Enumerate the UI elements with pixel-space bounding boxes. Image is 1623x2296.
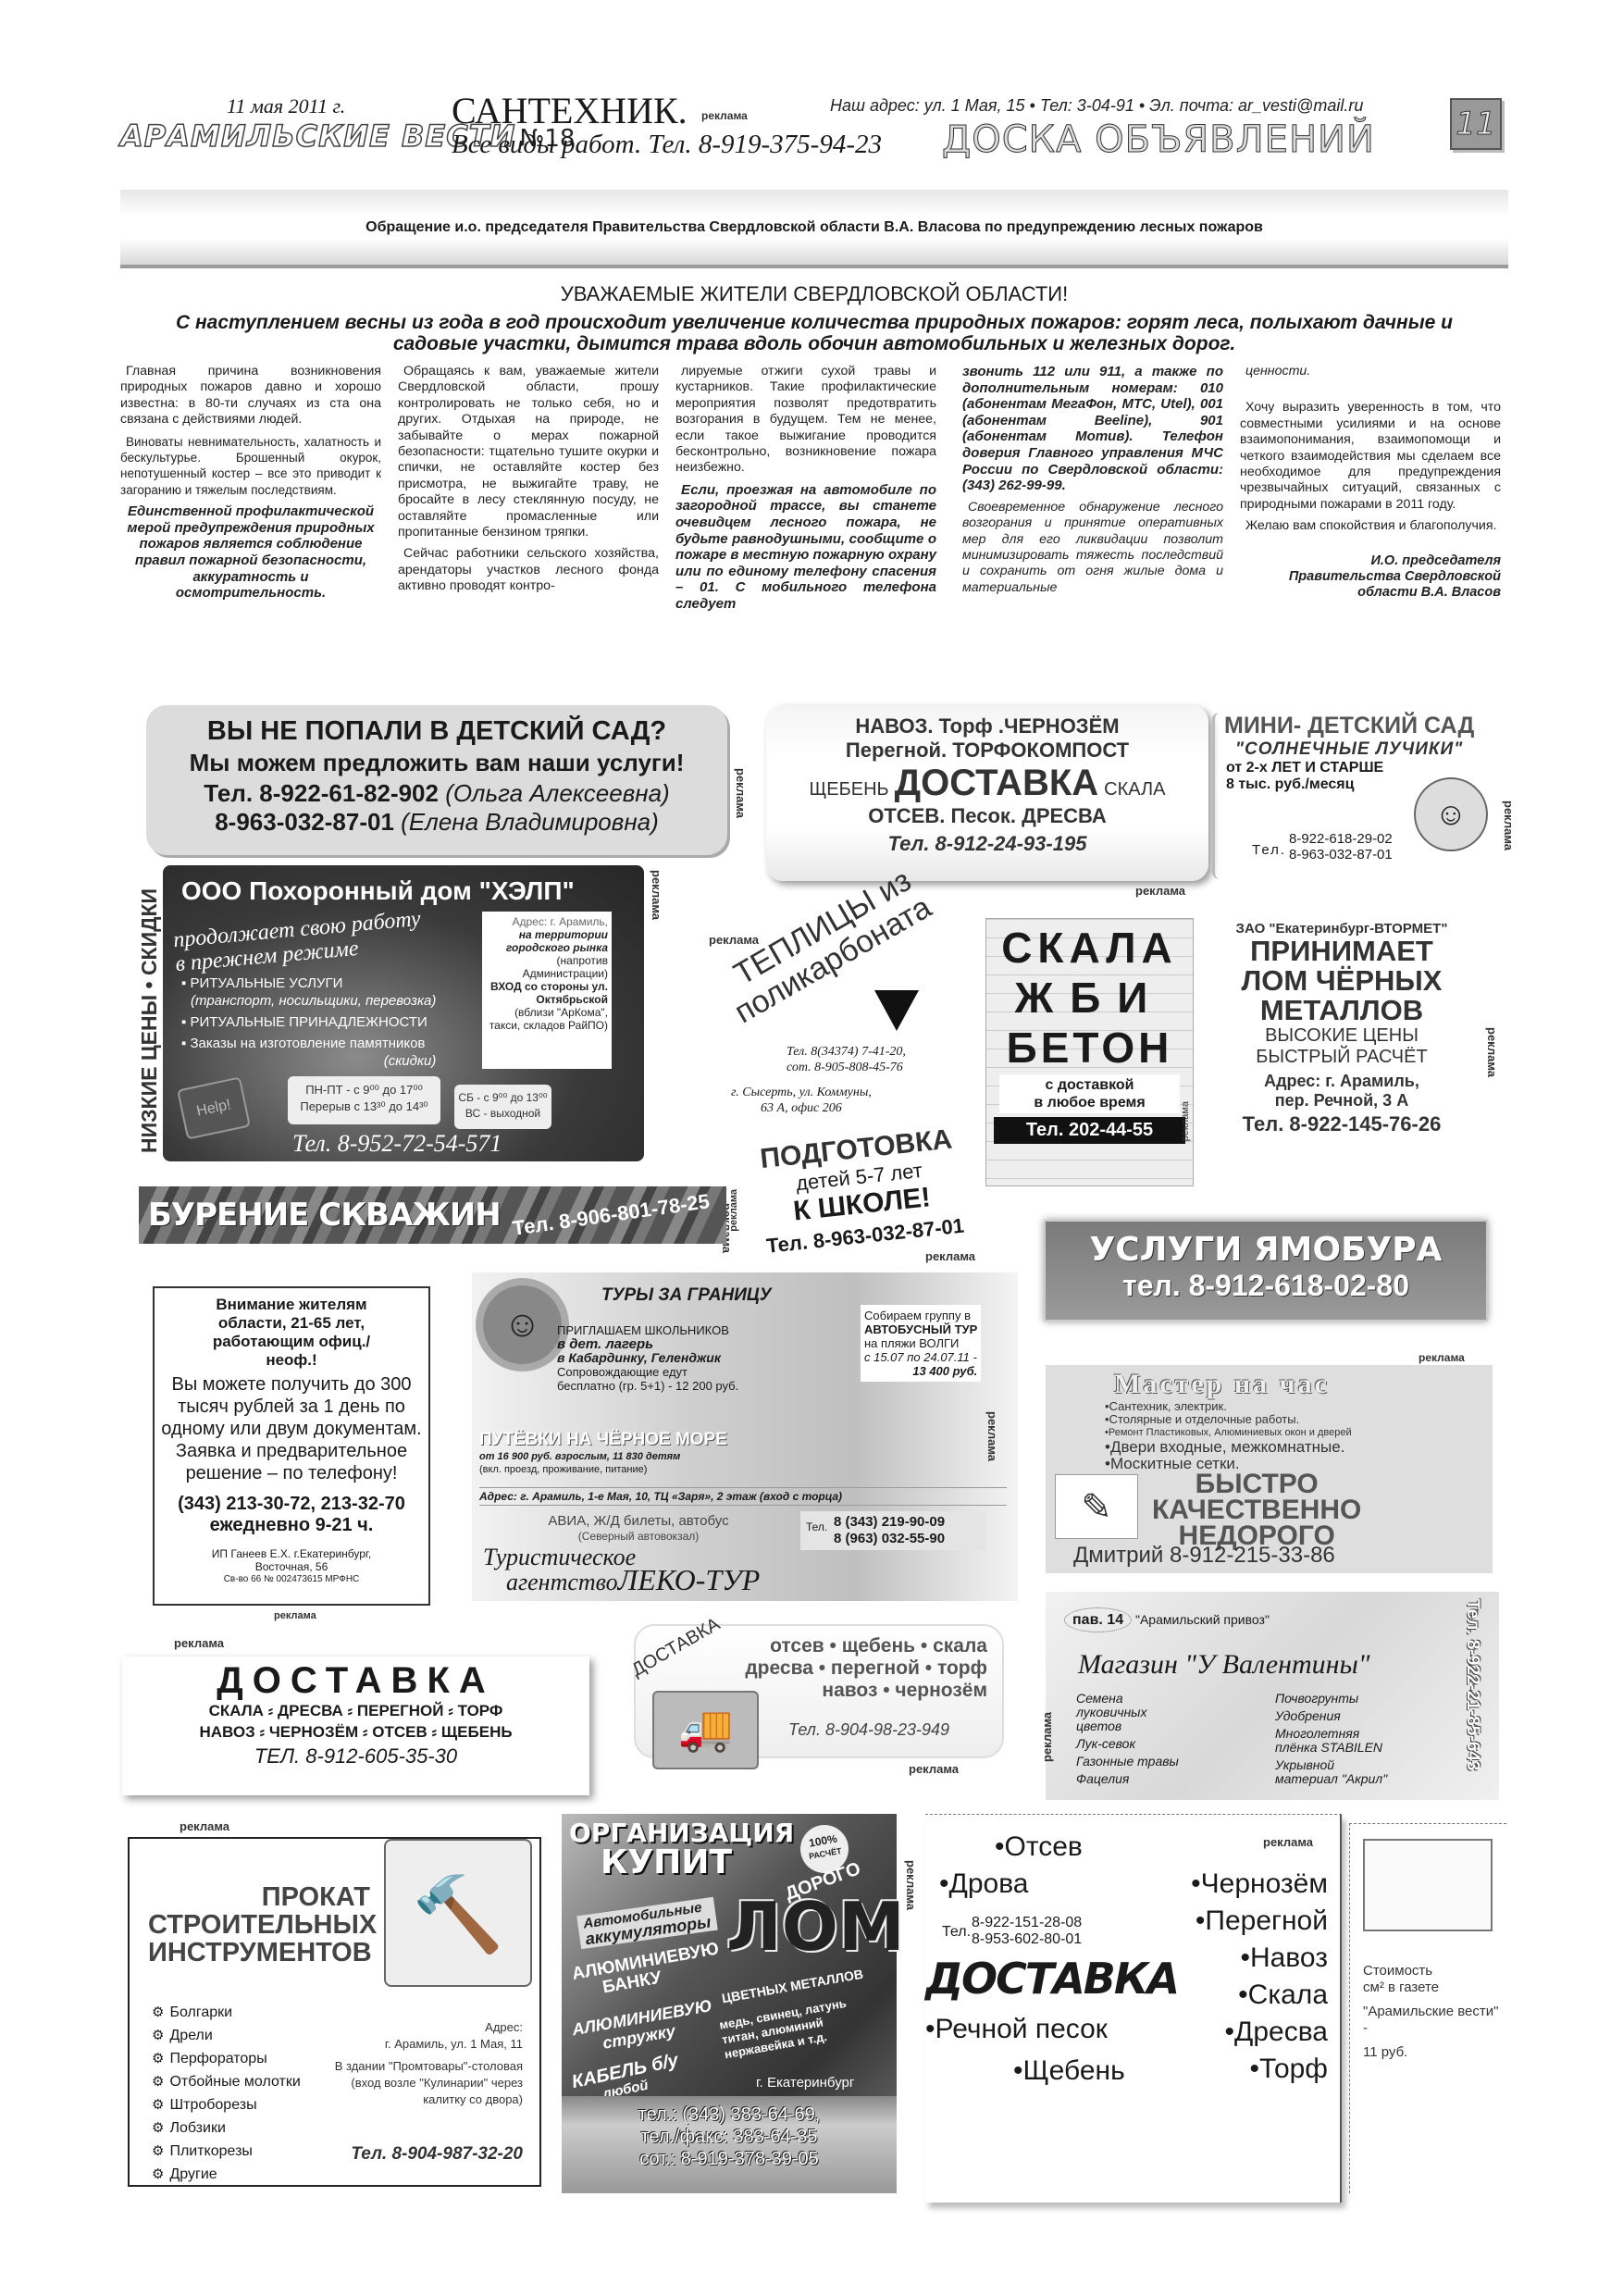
tools-item: ⚙Перфораторы [152,2047,301,2070]
delivery3-phones: Тел. 8-922-151-28-08 8-953-602-80-01 [942,1915,1082,1948]
pricing-line-1: Стоимость [1363,1963,1502,1980]
mini-kg-tel-label: Тел. [1252,842,1286,858]
delivery2-list: отсев • щебень • скала дресва • перегной… [745,1635,987,1702]
tools-phone: Тел. 8-904-987-32-20 [351,2144,523,2165]
funeral-side-text: НИЗКИЕ ЦЕНЫ • СКИДКИ [137,875,162,1166]
travel-bus-1: Собираем группу в [864,1309,977,1322]
funeral-item-3: ▪ Заказы на изготовление памятников [181,1035,436,1052]
manure-phone: Тел. 8-912-24-93-195 [766,832,1208,856]
tools-item-label: Плиткорезы [169,2143,252,2159]
tools-item-label: Болгарки [169,2004,232,2020]
funeral-hours-3: СБ - с 9⁰⁰ до 13⁰⁰ [454,1090,551,1106]
handyman-item-2: •Столярные и отделочные работы. [1105,1413,1480,1426]
ad-greenhouse: ТЕПЛИЦЫ из поликарбоната Тел. 8(34374) 7… [703,925,981,1138]
gear-icon: ⚙ [152,2074,164,2090]
delivery2-line-2: дресва • перегной • торф [745,1657,987,1680]
kg-line1: ВЫ НЕ ПОПАЛИ В ДЕТСКИЙ САД? [155,716,718,747]
travel-agency-name: ЛЕКО-ТУР [618,1563,761,1596]
pricing-line-4: 11 руб. [1363,2044,1502,2061]
gear-icon: ⚙ [152,2051,164,2066]
col4-p2: Своевременное обнаружение лесного возгор… [962,500,1223,596]
travel-tickets: АВИА, Ж/Д билеты, автобус (Северный авто… [500,1513,777,1545]
travel-camp: ПРИГЛАШАЕМ ШКОЛЬНИКОВ в дет. лагерь в Ка… [557,1323,738,1393]
travel-bus-3: на пляжи ВОЛГИ [864,1336,977,1350]
delivery2-line-3: навоз • чернозём [745,1680,987,1702]
scrap-can: АЛЮМИНИЕВУЮ БАНКУ [571,1940,724,2002]
col1-p2: Виноваты невнимательность, халатность и … [120,434,381,499]
col2-p1: Обращаясь к вам, уважаемые жители Свердл… [398,364,659,540]
gear-icon: ⚙ [152,2097,164,2113]
concrete-w2: ЖБИ [986,973,1193,1023]
tools-item-label: Отбойные молотки [169,2074,300,2090]
concrete-phone: Тел. 202-44-55 [994,1117,1185,1144]
ad-manure-delivery: НАВОЗ. Торф .ЧЕРНОЗЁМ Перегной. ТОРФОКОМ… [766,705,1208,881]
ad-delivery-2: ДОСТАВКА отсев • щебень • скала дресва •… [634,1624,1004,1758]
section-title: ДОСКА ОБЪЯВЛЕНИЙ [942,118,1375,161]
handyman-item-1: •Сантехник, электрик. [1105,1400,1480,1413]
delivery3-item: •Чернозём [1129,1866,1328,1903]
valentina-pavilion: пав. 14 "Арамильский привоз" [1064,1612,1270,1629]
valentina-right-2: Многолетняя плёнка STABILEN [1258,1727,1388,1755]
mini-kg-title: МИНИ- ДЕТСКИЙ САД [1224,713,1518,739]
travel-address: Адрес: г. Арамиль, 1-е Мая, 10, ТЦ «Заря… [479,1487,1007,1506]
gear-icon: ⚙ [152,2120,164,2136]
travel-tickets-2: (Северный автовокзал) [500,1529,777,1545]
ad-vtormet: ЗАО "Екатеринбург-ВТОРМЕТ" ПРИНИМАЕТ ЛОМ… [1203,921,1481,1136]
loan-legal-2: Восточная, 56 [160,1560,423,1573]
handyman-icon: ✎ [1055,1474,1138,1539]
valentina-left-0: Семена луковичных цветов [1059,1692,1161,1733]
delivery3-sand: •Речной песок [925,2014,1108,2045]
ad-concrete: СКАЛА ЖБИ БЕТОН с доставкой в любое врем… [985,918,1194,1186]
delivery3-tel-label: Тел. [942,1924,971,1941]
mini-kg-phone-1: 8-922-618-29-02 [1289,831,1393,847]
ad-delivery-1: ДОСТАВКА СКАЛА ⸗ ДРЕСВА ⸗ ПЕРЕГНОЙ ⸗ ТОР… [122,1657,589,1795]
scrap-phone-1: тел.: (343) 383-64-69, [562,2104,897,2126]
worker-illustration-icon: 🔨 [384,1839,532,1987]
tools-item-label: Лобзики [169,2120,225,2136]
loan-legal-1: ИП Ганеев Е.Х. г.Екатеринбург, [160,1547,423,1560]
delivery2-slant: ДОСТАВКА [628,1614,724,1682]
delivery3-item: •Дресва [1129,2014,1328,2051]
signature-line-3: области В.А. Власов [1240,585,1501,601]
kg-contact-1: Тел. 8-922-61-82-902 (Ольга Алексеевна) [155,779,718,808]
tools-title-3: ИНСТРУМЕНТОВ [148,1939,370,1967]
greenhouse-phone-1: Тел. 8(34374) 7-41-20, [787,1044,906,1060]
tools-item-label: Другие [169,2166,217,2182]
ad-label: реклама [1485,1027,1499,1077]
ad-label: реклама [1263,1835,1313,1849]
scrap-l2: КУПИТ [601,1843,732,1881]
truck-icon: 🚚 [652,1691,759,1769]
ad-label: реклама [1040,1712,1054,1762]
col3-p2: Если, проезжая на автомобиле по загородн… [675,482,936,613]
ad-tools: ПРОКАТ СТРОИТЕЛЬНЫХ ИНСТРУМЕНТОВ 🔨 ⚙Болг… [128,1837,541,2187]
travel-phones: Тел. 8 (343) 219-90-09 8 (963) 032-55-90 [800,1511,985,1550]
vtormet-phone: Тел. 8-922-145-76-26 [1203,1112,1481,1136]
tools-item: ⚙Другие [152,2163,301,2186]
ad-delivery-3: реклама •Отсев •Дрова Тел. 8-922-151-28-… [925,1814,1342,2203]
delivery3-item: •Навоз [1129,1940,1328,1977]
delivery2-line-1: отсев • щебень • скала [745,1635,987,1657]
ad-kindergarten: ВЫ НЕ ПОПАЛИ В ДЕТСКИЙ САД? Мы можем пре… [146,705,727,855]
tools-item-label: Перфораторы [169,2051,266,2066]
vtormet-addr-2: пер. Речной, 3 А [1203,1091,1481,1111]
greenhouse-phone-2: сот. 8-905-808-45-76 [787,1060,906,1075]
delivery3-item: •Дрова [939,1866,1083,1903]
tools-title-1: ПРОКАТ [148,1883,370,1911]
manure-line4: ОТСЕВ. Песок. ДРЕСВА [766,804,1208,828]
ad-school-prep: ПОДГОТОВКА детей 5-7 лет К ШКОЛЕ! Тел. 8… [735,1122,986,1260]
funeral-hours-weekday: ПН-ПТ - с 9⁰⁰ до 17⁰⁰ Перерыв с 13³⁰ до … [288,1076,440,1124]
delivery3-item: •Торф [1129,2051,1328,2088]
ad-yamobur: УСЛУГИ ЯМОБУРА тел. 8-912-618-02-80 [1044,1220,1488,1322]
valentina-market: "Арамильский привоз" [1135,1612,1270,1627]
loan-legal-3: Св-во 66 № 002473615 МРФНС [160,1573,423,1586]
scrap-chip: АЛЮМИНИЕВУЮ стружку [571,1996,717,2057]
funeral-title: ООО Похоронный дом "ХЭЛП" [181,876,575,906]
travel-escort-1: Сопровождающие едут [557,1365,738,1379]
article-lead: С наступлением весны из года в год проис… [157,312,1471,354]
col5-p1: ценности. [1240,364,1501,379]
ad-label: реклама [904,1860,918,1910]
page-number: 11 [1450,98,1502,150]
col1-p3: Единственной профилактической мерой пред… [120,503,381,602]
contact-line: Наш адрес: ул. 1 Мая, 15 • Тел: 3-04-91 … [830,96,1363,116]
travel-phone-1: 8 (343) 219-90-09 [834,1514,980,1531]
handyman-title: Мастер на час [1114,1369,1480,1400]
page-header: 11 мая 2011 г. АРАМИЛЬСКИЕ ВЕСТИ №18 САН… [120,93,1508,167]
ad-label: реклама [909,1762,959,1776]
kg-name-2: (Елена Владимировна) [401,808,659,836]
valentina-right-0: Почвогрунты [1258,1692,1425,1706]
kg-line2: Мы можем предложить вам наши услуги! [155,749,718,777]
ad-label: реклама [1135,884,1185,898]
handyman-item-4: •Двери входные, межкомнатные. [1105,1439,1480,1456]
greenhouse-addr-2: 63 А, офис 206 [731,1100,872,1116]
scrap-lom: ЛОМ [726,1888,905,1966]
funeral-hours-4: ВС - выходной [454,1106,551,1122]
manure-line2: Перегной. ТОРФОКОМПОСТ [766,738,1208,763]
funeral-address: Адрес: г. Арамиль, на территории городск… [482,912,612,1069]
article-col-4: звонить 112 или 911, а также по дополнит… [962,364,1223,602]
signature-line-2: Правительства Свердловской [1240,569,1501,585]
funeral-addr-5: (вблизи "АрКома", такси, складов РайПО) [486,1006,608,1032]
delivery2-phone: Тел. 8-904-98-23-949 [788,1720,949,1740]
loan-body: Вы можете получить до 300 тысяч рублей з… [160,1373,423,1484]
col5-p3: Желаю вам спокойствия и благополучия. [1240,518,1501,534]
delivery3-phone-2: 8-953-602-80-01 [972,1931,1082,1948]
triangle-down-icon [874,990,919,1031]
tools-item: ⚙Плиткорезы [152,2140,301,2163]
travel-title: ТУРЫ ЗА ГРАНИЦУ [601,1285,772,1306]
pricing-line-3: "Арамильские вести" - [1363,2004,1502,2037]
mini-kg-tel: Тел. 8-922-618-29-02 8-963-032-87-01 [1252,831,1393,863]
handyman-contact: Дмитрий 8-912-215-33-86 [1073,1543,1335,1569]
travel-sea: ПУТЁВКИ НА ЧЁРНОЕ МОРЕ от 16 900 руб. вз… [479,1430,727,1476]
concrete-w3: БЕТОН [986,1023,1193,1073]
ad-label: реклама [925,1249,975,1263]
delivery3-right: •Чернозём •Перегной •Навоз •Скала •Дресв… [1129,1866,1328,2088]
manure-right: СКАЛА [1104,779,1165,800]
ad-label: реклама [180,1819,229,1833]
sun-icon: ☺ [1414,777,1488,851]
col4-p1: звонить 112 или 911, а также по дополнит… [962,364,1223,494]
funeral-addr-2: на территории городского рынка [486,928,608,954]
article-banner: Обращение и.о. председателя Правительств… [120,190,1508,268]
delivery3-item: •Скала [1129,1977,1328,2014]
loan-phone: (343) 213-30-72, 213-32-70 [160,1494,423,1515]
tools-item: ⚙Штроборезы [152,2093,301,2116]
tools-item: ⚙Дрели [152,2024,301,2047]
ad-label: реклама [650,870,663,920]
article-headline: УВАЖАЕМЫЕ ЖИТЕЛИ СВЕРДЛОВСКОЙ ОБЛАСТИ! [120,282,1508,306]
travel-invite: ПРИГЛАШАЕМ ШКОЛЬНИКОВ [557,1323,738,1337]
valentina-pav: пав. 14 [1064,1607,1132,1632]
concrete-sub-1: с доставкой [1001,1076,1178,1094]
mini-kg-name: "СОЛНЕЧНЫЕ ЛУЧИКИ" [1235,739,1518,760]
delivery3-item: •Перегной [1129,1903,1328,1940]
travel-sea-price: от 16 900 руб. взрослым, 11 830 детям [479,1450,727,1463]
valentina-right-1: Удобрения [1258,1709,1425,1723]
funeral-item-1: ▪ РИТУАЛЬНЫЕ УСЛУГИ [181,974,436,992]
travel-agency-2: агентствоЛЕКО-ТУР [506,1569,760,1594]
travel-bus-4: с 15.07 по 24.07.11 - [864,1350,977,1364]
vtormet-l3: МЕТАЛЛОВ [1203,996,1481,1025]
ad-travel: ☺ ТУРЫ ЗА ГРАНИЦУ ПРИГЛАШАЕМ ШКОЛЬНИКОВ … [472,1272,1018,1601]
tools-item: ⚙Отбойные молотки [152,2070,301,2093]
travel-agency-word: агентство [506,1569,618,1595]
concrete-sub-2: в любое время [1001,1094,1178,1111]
greenhouse-phones: Тел. 8(34374) 7-41-20, сот. 8-905-808-45… [787,1044,906,1075]
delivery3-gravel: •Щебень [1013,2055,1125,2087]
article-col-2: Обращаясь к вам, уважаемые жители Свердл… [398,364,659,601]
vtormet-l4: ВЫСОКИЕ ЦЕНЫ [1203,1025,1481,1047]
article-col-3: лируемые отжиги сухой травы и кустарнико… [675,364,936,618]
tools-item-label: Штроборезы [169,2097,256,2113]
gear-icon: ⚙ [152,2166,164,2182]
yamobur-title: УСЛУГИ ЯМОБУРА [1046,1231,1486,1269]
concrete-w1: СКАЛА [986,923,1193,973]
ad-label: реклама [274,1610,316,1621]
gear-icon: ⚙ [152,2143,164,2159]
funeral-item-3-sub: (скидки) [181,1052,436,1070]
travel-bus-2: АВТОБУСНЫЙ ТУР [864,1322,977,1336]
mini-kg-phone-2: 8-963-032-87-01 [1289,847,1393,863]
valentina-right-3: Укрывной материал "Акрил" [1258,1758,1397,1786]
drilling-title: БУРЕНИЕ СКВАЖИН [148,1197,501,1234]
plumber-ad-sub: Все виды работ. Тел. 8-919-375-94-23 [452,130,882,160]
billboard-icon [1363,1839,1493,1931]
issue-date: 11 мая 2011 г. [227,94,345,118]
loan-attention: Внимание жителям области, 21-65 лет, раб… [160,1296,423,1370]
col1-p1: Главная причина возникновения природных … [120,364,381,428]
travel-sea-title: ПУТЁВКИ НА ЧЁРНОЕ МОРЕ [479,1430,727,1450]
ad-drilling: БУРЕНИЕ СКВАЖИН Тел. 8-906-801-78-25 [139,1186,726,1244]
funeral-hours-1: ПН-ПТ - с 9⁰⁰ до 17⁰⁰ [288,1082,440,1098]
delivery1-line1: СКАЛА ⸗ ДРЕСВА ⸗ ПЕРЕГНОЙ ⸗ ТОРФ [122,1702,589,1720]
article-col-5: ценности. Хочу выразить уверенность в то… [1240,364,1501,601]
travel-camp-type: в дет. лагерь [557,1337,738,1351]
greenhouse-address: г. Сысерть, ул. Коммуны, 63 А, офис 206 [731,1085,872,1116]
delivery1-line2: НАВОЗ ⸗ ЧЕРНОЗЁМ ⸗ ОТСЕВ ⸗ ЩЕБЕНЬ [122,1723,589,1742]
banner-text: Обращение и.о. председателя Правительств… [365,219,1263,236]
ad-label: реклама [1419,1351,1465,1364]
funeral-services: ▪ РИТУАЛЬНЫЕ УСЛУГИ (транспорт, носильщи… [181,974,436,1070]
kg-contact-2: 8-963-032-87-01 (Елена Владимировна) [155,808,718,837]
tools-title-2: СТРОИТЕЛЬНЫХ [148,1911,370,1939]
delivery1-phone: ТЕЛ. 8-912-605-35-30 [122,1744,589,1769]
drilling-phone: Тел. 8-906-801-78-25 [511,1189,711,1241]
manure-main: ДОСТАВКА [895,763,1099,804]
vtormet-l2: ЛОМ ЧЁРНЫХ [1203,966,1481,996]
ad-mini-kindergarten: МИНИ- ДЕТСКИЙ САД "СОЛНЕЧНЫЕ ЛУЧИКИ" от … [1212,713,1518,879]
travel-sea-incl: (вкл. проезд, проживание, питание) [479,1463,727,1476]
ad-label: реклама [1180,1101,1191,1141]
sun-face-icon: ☺ [483,1285,562,1364]
valentina-left-list: Семена луковичных цветов Лук-севок Газон… [1059,1692,1226,1786]
funeral-addr-4: ВХОД со стороны ул. Октябрьской [486,980,608,1006]
gear-icon: ⚙ [152,2028,164,2043]
kg-name-1: (Ольга Алексеевна) [445,779,670,807]
manure-line1: НАВОЗ. Торф .ЧЕРНОЗЁМ [766,714,1208,738]
travel-bus-5: 13 400 руб. [864,1364,977,1378]
scrap-phone-2: тел./факс: 383-64-35 [562,2126,897,2148]
funeral-addr-1: Адрес: г. Арамиль, [486,915,608,928]
tools-addr-label: Адрес: [328,2019,523,2036]
handyman-big-1: БЫСТРО [1152,1471,1361,1497]
plumber-ad-label: реклама [701,109,748,122]
handyman-big-2: КАЧЕСТВЕННО [1152,1497,1361,1523]
funeral-item-1-sub: (транспорт, носильщики, перевозка) [191,992,436,1010]
delivery1-title: ДОСТАВКА [122,1660,589,1702]
greenhouse-addr-1: г. Сысерть, ул. Коммуны, [731,1085,872,1100]
article: УВАЖАЕМЫЕ ЖИТЕЛИ СВЕРДЛОВСКОЙ ОБЛАСТИ! С… [120,282,1508,680]
tools-list: ⚙Болгарки ⚙Дрели ⚙Перфораторы ⚙Отбойные … [152,2001,301,2186]
funeral-item-2: ▪ РИТУАЛЬНЫЕ ПРИНАДЛЕЖНОСТИ [181,1013,436,1031]
vtormet-l1: ПРИНИМАЕТ [1203,937,1481,966]
ad-scrap: ОРГАНИЗАЦИЯ КУПИТ 100% РАСЧЁТ Автомобиль… [562,1814,897,2193]
valentina-phone: Тел. 8-922-21-85-643 [1462,1599,1482,1770]
vtormet-l5: БЫСТРЫЙ РАСЧЁТ [1203,1047,1481,1068]
loan-legal: ИП Ганеев Е.Х. г.Екатеринбург, Восточная… [160,1547,423,1586]
tools-item: ⚙Лобзики [152,2116,301,2140]
tools-addr-2: В здании "Промтовары"-столовая (вход воз… [328,2058,523,2108]
manure-line3: ЩЕБЕНЬ ДОСТАВКА СКАЛА [766,763,1208,804]
delivery3-left-top: •Отсев •Дрова [939,1829,1083,1903]
ad-pricing: Стоимость см² в газете "Арамильские вест… [1349,1823,1506,2193]
tools-item-label: Дрели [169,2028,212,2043]
travel-agency: Туристическое агентствоЛЕКО-ТУР [483,1546,760,1594]
scrap-phones: тел.: (343) 383-64-69, тел./факс: 383-64… [562,2096,897,2193]
travel-bus-tour: Собираем группу в АВТОБУСНЫЙ ТУР на пляж… [861,1305,981,1382]
kg-phone-2: 8-963-032-87-01 [215,808,394,836]
mini-kg-age: от 2-х ЛЕТ И СТАРШЕ [1226,760,1518,776]
valentina-left-3: Фацелия [1059,1772,1226,1786]
funeral-hours-weekend: СБ - с 9⁰⁰ до 13⁰⁰ ВС - выходной [454,1085,551,1129]
ad-label: реклама [728,1189,739,1232]
ad-valentina: пав. 14 "Арамильский привоз" Магазин "У … [1046,1592,1499,1800]
signature-line-1: И.О. председателя [1240,553,1501,569]
travel-tel-label: Тел. [806,1519,827,1535]
travel-tickets-1: АВИА, Ж/Д билеты, автобус [500,1513,777,1529]
loan-hours: ежедневно 9-21 ч. [160,1515,423,1536]
travel-camp-place: в Кабардинку, Геленджик [557,1351,738,1365]
handyman-list: •Сантехник, электрик. •Столярные и отдел… [1105,1400,1480,1472]
delivery3-item: •Отсев [995,1829,1083,1866]
tools-address: Адрес: г. Арамиль, ул. 1 Мая, 11 В здани… [328,2019,523,2108]
ad-label: реклама [985,1411,999,1461]
scrap-phone-3: сот.: 8-919-378-39-05 [562,2148,897,2170]
kg-phone-1: Тел. 8-922-61-82-902 [204,779,439,807]
col5-p2: Хочу выразить уверенность в том, что сов… [1240,400,1501,513]
col2-p2: Сейчас работники сельского хозяйства, ар… [398,546,659,594]
signature: И.О. председателя Правительства Свердлов… [1240,553,1501,601]
concrete-sub: с доставкой в любое время [999,1074,1180,1113]
tools-title: ПРОКАТ СТРОИТЕЛЬНЫХ ИНСТРУМЕНТОВ [148,1883,370,1967]
yamobur-phone: тел. 8-912-618-02-80 [1046,1269,1486,1303]
handyman-item-3: •Ремонт Пластиковых, Алюминиевых окон и … [1105,1426,1480,1439]
ad-handyman: Мастер на час •Сантехник, электрик. •Сто… [1046,1365,1493,1573]
valentina-left-1: Лук-севок [1059,1737,1226,1751]
ad-label: реклама [1502,800,1516,850]
ad-funeral: ООО Похоронный дом "ХЭЛП" продолжает сво… [163,865,644,1161]
handyman-slogan: БЫСТРО КАЧЕСТВЕННО НЕДОРОГО [1152,1471,1361,1549]
article-col-1: Главная причина возникновения природных … [120,364,381,607]
vtormet-addr-1: Адрес: г. Арамиль, [1203,1072,1481,1091]
funeral-script: продолжает свою работу в прежнем режиме [172,906,434,976]
gear-icon: ⚙ [152,2004,164,2020]
funeral-phone: Тел. 8-952-72-54-571 [292,1130,502,1158]
travel-phone-2: 8 (963) 032-55-90 [834,1531,980,1547]
col3-p1: лируемые отжиги сухой травы и кустарнико… [675,364,936,477]
ad-label: реклама [734,768,748,818]
funeral-addr-3: (напротив Администрации) [486,954,608,980]
ad-label: реклама [174,1636,224,1650]
delivery3-phone-1: 8-922-151-28-08 [972,1915,1082,1931]
valentina-right-list: Почвогрунты Удобрения Многолетняя плёнка… [1258,1692,1425,1786]
tools-item: ⚙Болгарки [152,2001,301,2024]
pricing-line-2: см² в газете [1363,1980,1502,1996]
manure-left: ЩЕБЕНЬ [810,779,889,800]
tools-addr-1: г. Арамиль, ул. 1 Мая, 11 [328,2036,523,2053]
scrap-battery: Автомобильные аккумуляторы [576,1897,717,1949]
valentina-left-2: Газонные травы [1059,1755,1226,1769]
pricing-text: Стоимость см² в газете "Арамильские вест… [1363,1963,1502,2061]
funeral-hours-2: Перерыв с 13³⁰ до 14³⁰ [288,1098,440,1115]
valentina-title: Магазин "У Валентины" [1078,1649,1369,1681]
ad-loan: Внимание жителям области, 21-65 лет, раб… [153,1286,430,1606]
plumber-ad-title: САНТЕХНИК. [452,89,688,132]
scrap-city: г. Екатеринбург [756,2075,854,2091]
travel-escort-2: бесплатно (гр. 5+1) - 12 200 руб. [557,1379,738,1393]
help-key-icon: Help! [177,1076,251,1139]
